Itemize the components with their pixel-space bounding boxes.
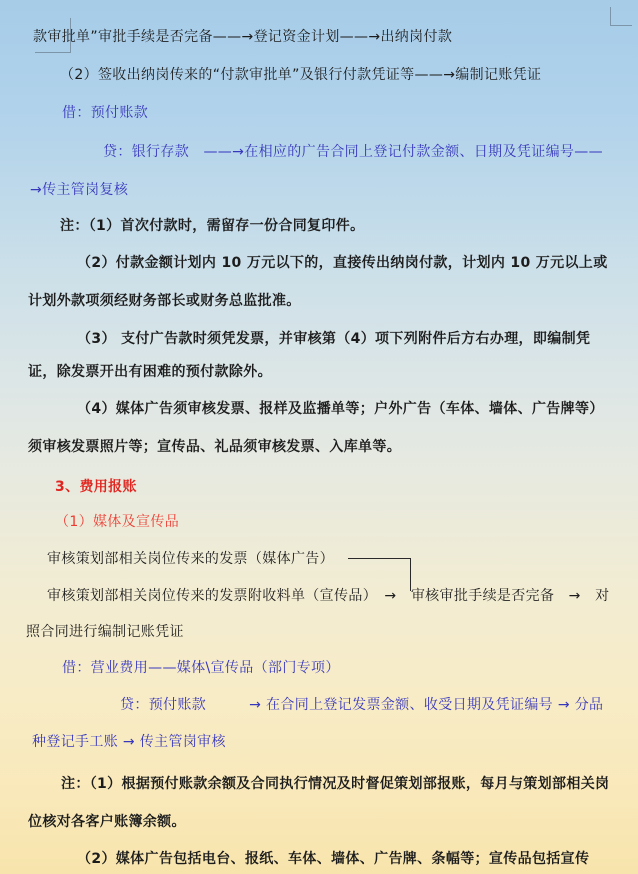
subheading-media-and-promo: （1）媒体及宣传品 [55,513,179,532]
journal-entry-credit-bank: 贷：银行存款 ——→在相应的广告合同上登记付款金额、日期及凭证编号—— [103,143,603,162]
journal-entry-debit-operating-expense: 借：营业费用——媒体\宣传品（部门专项） [62,659,340,678]
note4-media-ad-audit: （4）媒体广告须审核发票、报样及监播单等；户外广告（车体、墙体、广告牌等） [77,400,604,419]
journal-entry-credit-prepaid: 贷：预付账款 → 在合同上登记发票金额、收受日期及凭证编号 → 分品 [120,696,603,715]
journal-entry-debit-prepaid: 借：预付账款 [62,104,148,123]
flow-media-ad-invoice: 审核策划部相关岗位传来的发票（媒体广告） [47,550,334,569]
journal-entry-credit-bank-wrap: →传主管岗复核 [30,181,128,200]
note3-invoice-required: （3） 支付广告款时须凭发票，并审核第（4）项下列附件后方右办理，即编制凭 [77,330,590,349]
section-heading-expense-reimbursement: 3、费用报账 [55,478,137,497]
note1-prepaid-balance-check: 注：（1）根据预付账款余额及合同执行情况及时督促策划部报账，每月与策划部相关岗 [61,775,609,794]
margin-crop-mark-top-right-icon [610,7,632,26]
document-page: 款审批单”审批手续是否完备——→登记资金计划——→出纳岗付款 （2）签收出纳岗传… [0,0,638,874]
note1-prepaid-balance-check-wrap: 位核对各客户账簿余额。 [28,813,186,832]
note1-contract-copy: 注：（1）首次付款时，需留存一份合同复印件。 [60,217,364,236]
note4-media-ad-audit-wrap: 须审核发票照片等；宣传品、礼品须审核发票、入库单等。 [28,438,401,457]
paragraph-step2-sign-receipt: （2）签收出纳岗传来的“付款审批单”及银行付款凭证等——→编制记账凭证 [60,66,541,85]
journal-entry-credit-prepaid-wrap: 种登记手工账 → 传主管岗审核 [32,733,226,752]
note2-payment-limit-wrap: 计划外款项须经财务部长或财务总监批准。 [28,292,301,311]
note3-invoice-required-wrap: 证，除发票开出有困难的预付款除外。 [28,363,272,382]
flow-promo-invoice: 审核策划部相关岗位传来的发票附收料单（宣传品） → 审核审批手续是否完备 → 对 [47,587,609,606]
note2-media-ad-types: （2）媒体广告包括电台、报纸、车体、墙体、广告牌、条幅等；宣传品包括宣传 [77,850,589,869]
paragraph-payment-approval-flow: 款审批单”审批手续是否完备——→登记资金计划——→出纳岗付款 [33,28,452,47]
note2-payment-limit: （2）付款金额计划内 10 万元以下的，直接传出纳岗付款，计划内 10 万元以上… [77,254,608,273]
flow-promo-invoice-wrap: 照合同进行编制记账凭证 [26,623,184,642]
